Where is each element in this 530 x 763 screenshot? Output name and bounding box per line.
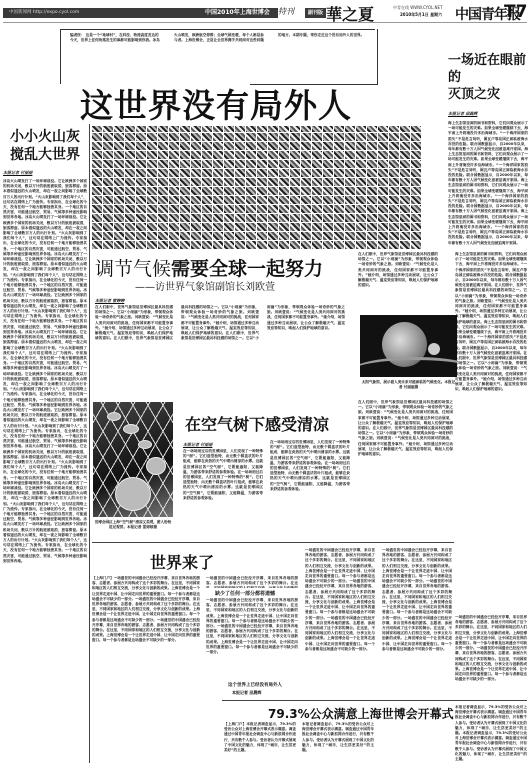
article-body-continued: 在人们眼中，世界气象馆是世博园区最具科技感的场馆之一。它以“小雨滴”为形象，带领… xyxy=(358,400,453,510)
article-body-continued: 海上生态馆里面的图书和资料，它们向观众展示了一场可能发生的灾难。如果全球变暖继续… xyxy=(455,252,527,612)
website[interactable]: 中青在线 WWW.CYOL.NET xyxy=(393,5,443,11)
header-divider xyxy=(3,22,527,23)
section-divider xyxy=(92,542,454,543)
byline: 本报记者 付丽丽 xyxy=(183,442,212,448)
column-divider xyxy=(89,124,90,763)
disc-shape xyxy=(115,477,151,511)
section-banner: 中国2010年上海世博会 xyxy=(205,8,270,18)
article-body-continued: 一场盛世的中国盛会已经拉开序幕，来自世界各地的游客、志愿者、参展方共同构成了这个… xyxy=(305,548,375,678)
article-body-continued: 在人们眼中，世界气象馆是世博园区最具科技感的场馆之一。它以“小雨滴”为形象，带领… xyxy=(358,252,438,307)
article-subtitle: ——访世界气象馆副馆长刘欧萱 xyxy=(135,281,345,295)
sidebar-subhead: 这个世界上已经没有局外人 xyxy=(228,682,282,688)
disc-shape xyxy=(146,457,166,475)
byline: 本报记者 邱晨辉 xyxy=(448,111,528,117)
article-body: 【上海门户】本报记者调查显示，79.3%的受访公众对上海世博会开幕式表示满意。调… xyxy=(224,722,296,763)
article-title-line2: 灭顶之灾 xyxy=(448,86,528,103)
byline: 本报记者 雷婷婷 xyxy=(95,298,124,304)
photo-caption: 世博会园区上海“空气树”清凉又美观，游人纷纷驻足观赏。本报记者 雷婷婷摄 xyxy=(93,520,173,530)
editor-note: 编者按： 这是一个“地球村”，在科技、物流高度发达的今天，世界上任何角落发生的事… xyxy=(70,33,370,81)
air-tree-photo xyxy=(93,402,173,517)
article-title: 在空气树下感受清凉 xyxy=(185,412,329,435)
article-body-continued: 一场盛世的中国盛会已经拉开序幕，来自世界各地的游客、志愿者、参展方共同构成了这个… xyxy=(455,615,527,695)
article-body: 在一场场雨过后的世博园里，人们发现了一种特殊的“树”。它们造型独特，由无数个圆盘… xyxy=(183,449,263,521)
article-title: 一场近在眼前的 xyxy=(448,52,528,86)
disc-shape xyxy=(138,440,152,449)
byline: 本报记者 付丽丽 xyxy=(3,170,87,176)
section-divider xyxy=(222,700,527,701)
article-volcano: 小小火山灰 搅乱大世界 本报记者 付丽丽 冰岛火山喷发打了一场环球战役。它让欧洲… xyxy=(3,128,87,763)
page-number: T7 xyxy=(504,2,527,22)
article-body-continued: 一场盛世的中国盛会已经拉开序幕，来自世界各地的游客、志愿者、参展方共同构成了这个… xyxy=(206,576,298,588)
site-url[interactable]: 中国新闻网 http://expo.cyol.com xyxy=(9,10,79,15)
disc-shape xyxy=(123,424,139,434)
article-title: 调节气候需要全球一起努力 xyxy=(95,257,345,281)
editor-note-text: 这是一个“地球村”，在科技、物流高度发达的今天，世界上任何角落发生的事都可能影响… xyxy=(70,33,364,42)
article-title: 79.3%公众满意上海世博会开幕式 xyxy=(268,705,454,722)
section-tag: 副刊版 xyxy=(305,8,326,18)
orbit-ring xyxy=(360,357,457,377)
article-title: 小小火山灰 xyxy=(3,128,87,146)
article-title-line2: 搅乱大世界 xyxy=(3,146,87,164)
article-body-continued: 本报记者调查显示，79.3%的受访公众对上海世博会开幕式表示满意。调查通过中国青… xyxy=(455,705,527,763)
article-body: 【上海门户】一场盛世的中国盛会已经拉开序幕，来自世界各地的游客、志愿者、参展方共… xyxy=(92,576,200,763)
article-subhead: 缺少了任何一部分都将遗憾 xyxy=(215,590,275,597)
article-body: 冰岛火山喷发打了一场环球战役。它让欧洲多个国家的机场关闭，数以万计的航班被取消，… xyxy=(3,179,87,763)
section-logo: 特刊 xyxy=(278,6,294,17)
photo-caption: 太阳气象馆，展示着人类未来可能面临的气候变化。本报记者 付丽丽摄 xyxy=(360,380,457,390)
sidebar-credit: 本报记者 邱晨辉 xyxy=(232,690,261,696)
article-body-continued: 一场盛世的中国盛会已经拉开序幕，来自世界各地的游客、志愿者、参展方共同构成了这个… xyxy=(206,598,298,678)
moon-shape xyxy=(428,343,440,355)
disc-shape xyxy=(107,412,121,421)
editor-note-label: 编者按： xyxy=(70,33,84,37)
article-tag: 【上海门户】 xyxy=(224,722,246,726)
article-body: 在人们眼中，世界气象馆是世博园区最具科技感的场馆之一。它以“小雨滴”为形象，带领… xyxy=(95,305,345,393)
planet-photo xyxy=(360,315,457,377)
issue-date: 2010年5月1日 星期六 xyxy=(400,12,442,18)
article-body-continued: 在一场场雨过后的世博园里，人们发现了一种特殊的“树”。它们造型独特，由无数个圆盘… xyxy=(270,440,350,530)
article-body-continued: 一场盛世的中国盛会已经拉开序幕，来自世界各地的游客、志愿者、参展方共同构成了这个… xyxy=(382,548,452,678)
main-headline: 这世界没有局外人 xyxy=(80,80,352,127)
article-title: 世界来了 xyxy=(150,550,214,573)
portrait-mosaic-photo xyxy=(91,126,421,250)
article-tag: 【上海门户】 xyxy=(92,576,114,580)
article-body-continued: 本报记者调查显示，79.3%的受访公众对上海世博会开幕式表示满意。调查通过中国青… xyxy=(302,722,374,763)
article-climate: 调节气候需要全球一起努力 ——访世界气象馆副馆长刘欧萱 xyxy=(95,257,345,295)
